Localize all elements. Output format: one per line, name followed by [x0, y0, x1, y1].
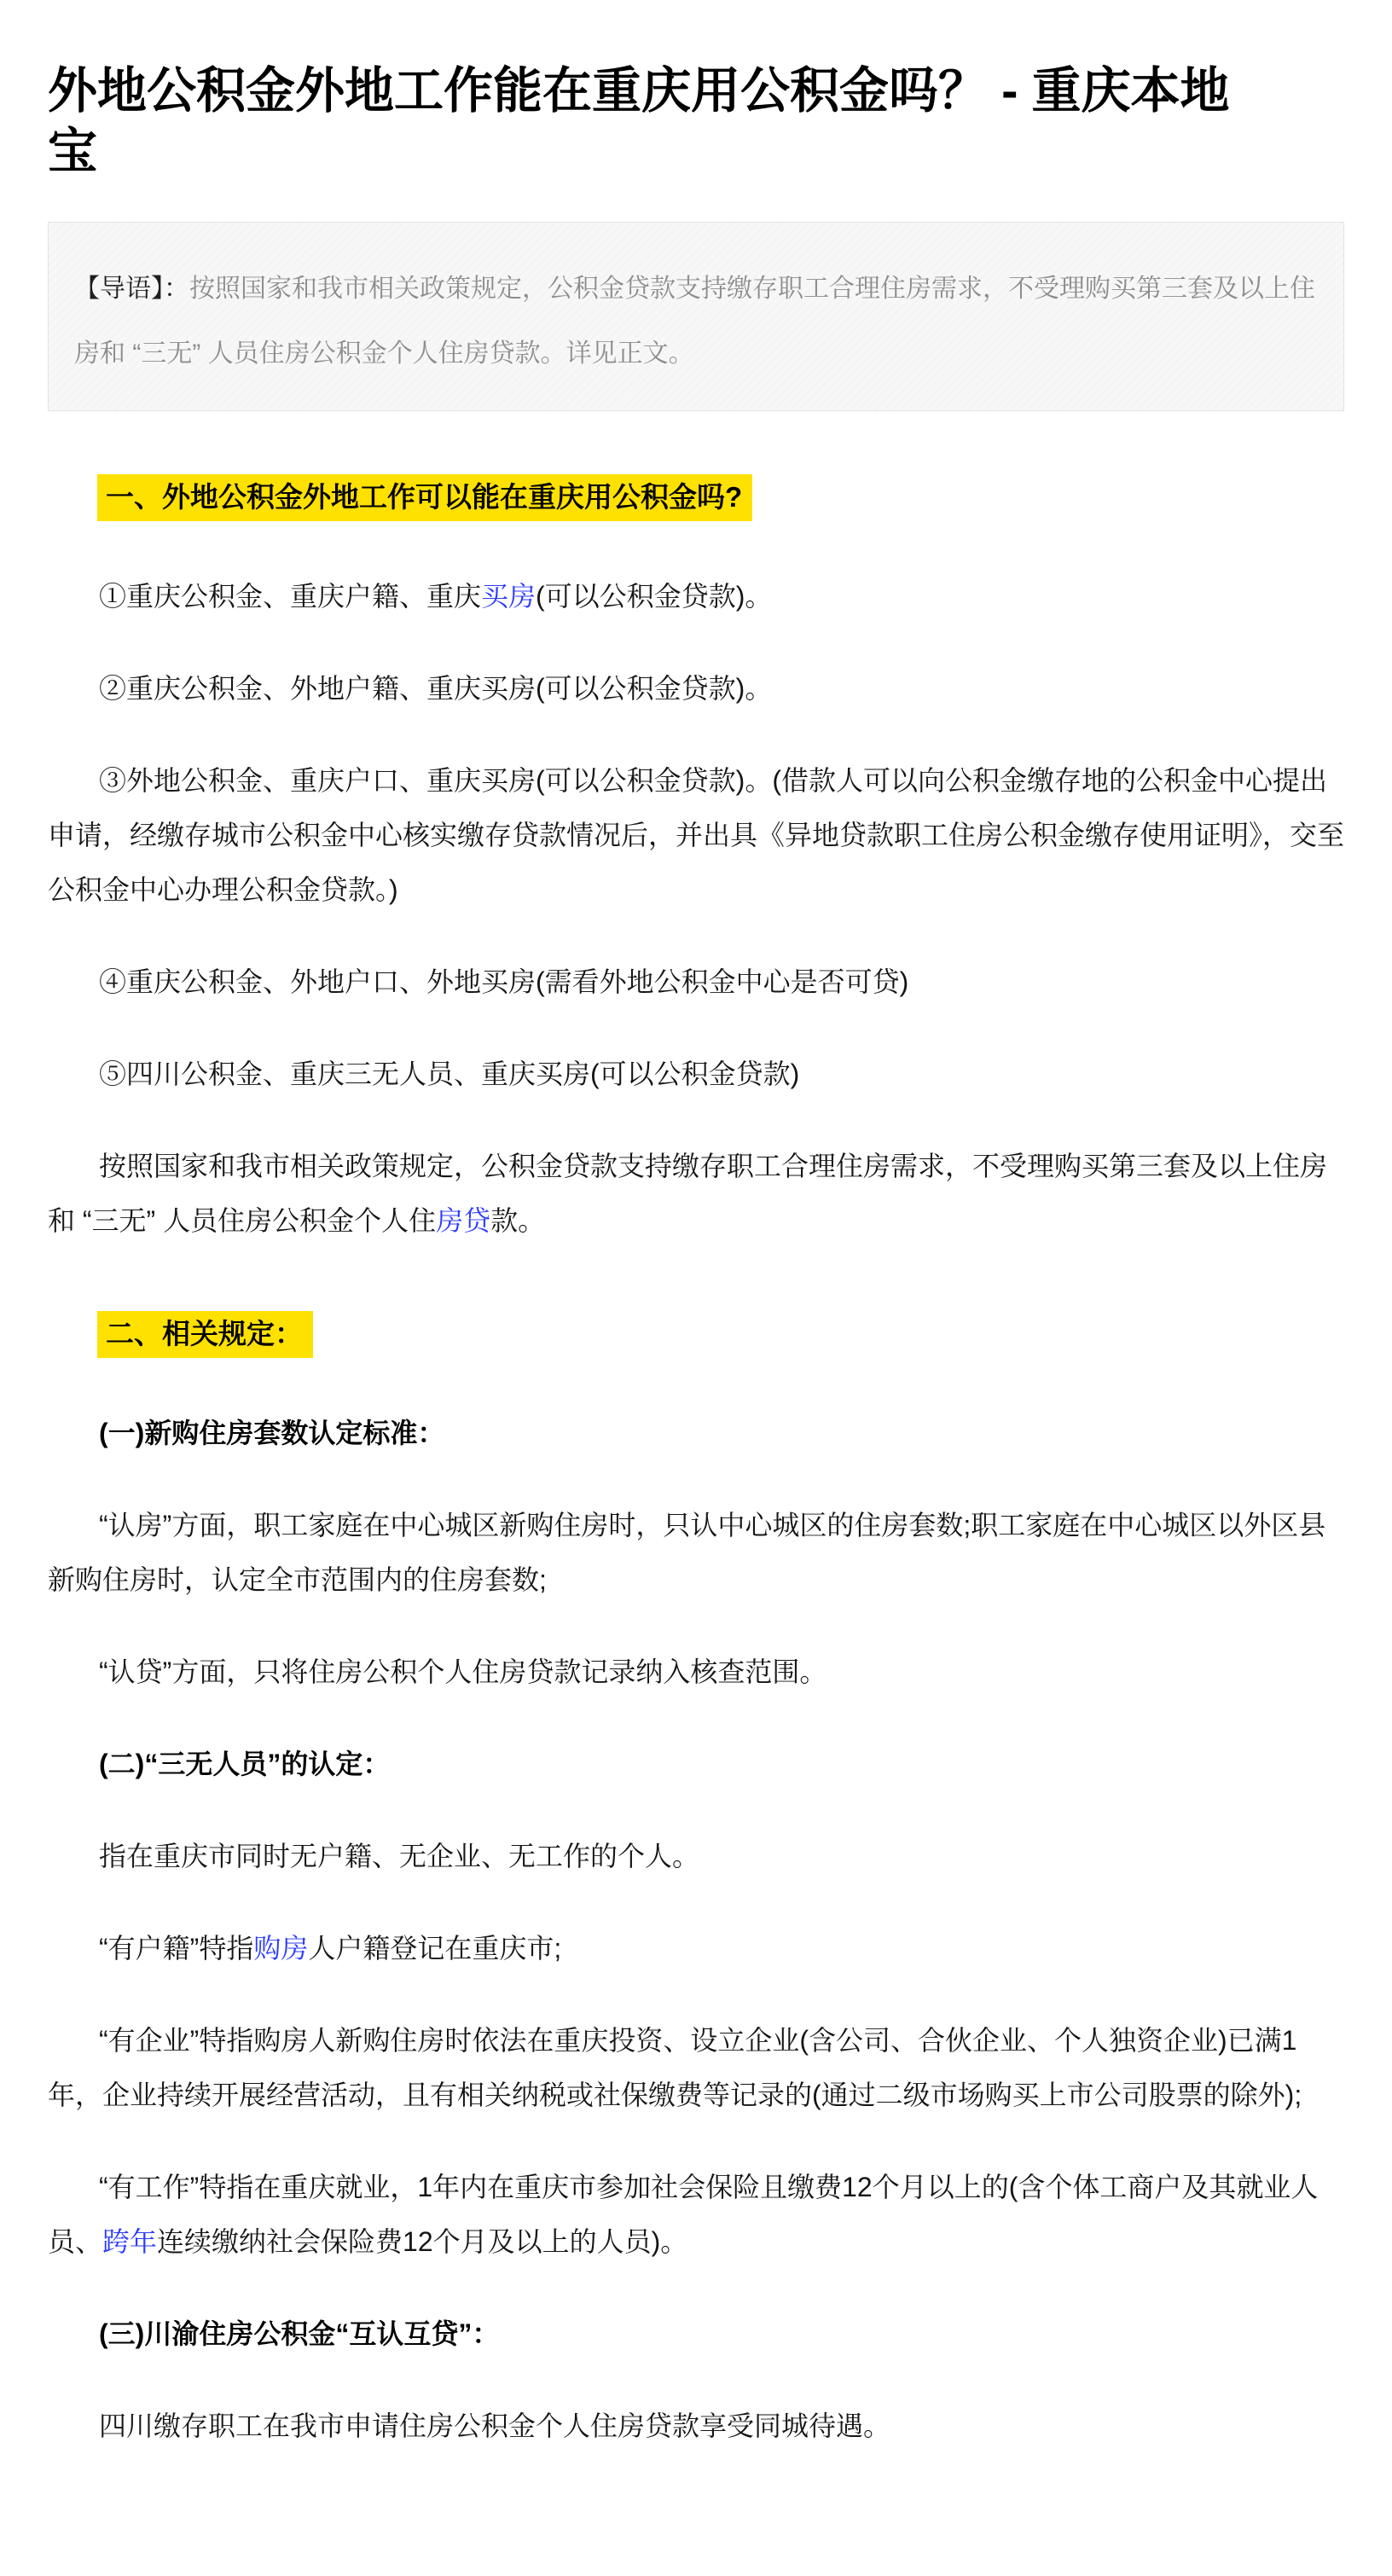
section-heading-1: 一、外地公积金外地工作可以能在重庆用公积金吗? — [97, 474, 752, 521]
paragraph-item-2: ②重庆公积金、外地户籍、重庆买房(可以公积金贷款)。 — [48, 661, 1344, 716]
paragraph-yougongzuo-post: 连续缴纳社会保险费12个月及以上的人员)。 — [157, 2226, 687, 2257]
paragraph-sanwu-meaning: 指在重庆市同时无户籍、无企业、无工作的个人。 — [48, 1829, 1344, 1883]
intro-text: 按照国家和我市相关政策规定，公积金贷款支持缴存职工合理住房需求，不受理购买第三套… — [74, 275, 1315, 368]
paragraph-youqiye: “有企业”特指购房人新购住房时依法在重庆投资、设立企业(含公司、合伙企业、个人独… — [48, 2013, 1344, 2122]
section-heading-2: 二、相关规定： — [97, 1311, 313, 1358]
article-content: 一、外地公积金外地工作可以能在重庆用公积金吗? ①重庆公积金、重庆户籍、重庆买房… — [48, 474, 1344, 2453]
paragraph-item-1-post: (可以公积金贷款)。 — [536, 581, 772, 612]
paragraph-item-1: ①重庆公积金、重庆户籍、重庆买房(可以公积金贷款)。 — [48, 569, 1344, 624]
paragraph-item-4: ④重庆公积金、外地户口、外地买房(需看外地公积金中心是否可贷) — [48, 954, 1344, 1009]
link-fangdai[interactable]: 房贷 — [436, 1205, 490, 1236]
paragraph-item-5: ⑤四川公积金、重庆三无人员、重庆买房(可以公积金贷款) — [48, 1047, 1344, 1101]
paragraph-sichuan-worker: 四川缴存职工在我市申请住房公积金个人住房贷款享受同城待遇。 — [48, 2399, 1344, 2453]
paragraph-policy-summary-post: 款。 — [490, 1205, 545, 1236]
subheading-sanwu-definition: (二)“三无人员”的认定： — [48, 1737, 1344, 1791]
section-heading-2-row: 二、相关规定： — [48, 1311, 1344, 1358]
intro-label: 【导语】： — [74, 275, 189, 303]
page-title: 外地公积金外地工作能在重庆用公积金吗？ - 重庆本地宝 — [48, 61, 1259, 183]
paragraph-youhuji: “有户籍”特指购房人户籍登记在重庆市; — [48, 1921, 1344, 1976]
intro-box: 【导语】：按照国家和我市相关政策规定，公积金贷款支持缴存职工合理住房需求，不受理… — [48, 222, 1344, 411]
paragraph-policy-summary-pre: 按照国家和我市相关政策规定，公积金贷款支持缴存职工合理住房需求，不受理购买第三套… — [48, 1151, 1327, 1236]
paragraph-item-3: ③外地公积金、重庆户口、重庆买房(可以公积金贷款)。(借款人可以向公积金缴存地的… — [48, 753, 1344, 917]
link-kuanian[interactable]: 跨年 — [102, 2226, 157, 2257]
paragraph-youhuji-pre: “有户籍”特指 — [99, 1933, 253, 1964]
section-heading-1-row: 一、外地公积金外地工作可以能在重庆用公积金吗? — [48, 474, 1344, 521]
paragraph-youhuji-post: 人户籍登记在重庆市; — [308, 1933, 561, 1964]
paragraph-renfang: “认房”方面，职工家庭在中心城区新购住房时，只认中心城区的住房套数;职工家庭在中… — [48, 1498, 1344, 1607]
link-goufang[interactable]: 购房 — [253, 1933, 308, 1964]
paragraph-yougongzuo: “有工作”特指在重庆就业，1年内在重庆市参加社会保险且缴费12个月以上的(含个体… — [48, 2160, 1344, 2269]
subheading-housing-count-standard: (一)新购住房套数认定标准： — [48, 1406, 1344, 1460]
paragraph-rendai: “认贷”方面，只将住房公积个人住房贷款记录纳入核查范围。 — [48, 1645, 1344, 1699]
paragraph-policy-summary: 按照国家和我市相关政策规定，公积金贷款支持缴存职工合理住房需求，不受理购买第三套… — [48, 1139, 1344, 1248]
link-maifang[interactable]: 买房 — [481, 581, 536, 612]
paragraph-item-1-pre: ①重庆公积金、重庆户籍、重庆 — [99, 581, 481, 612]
